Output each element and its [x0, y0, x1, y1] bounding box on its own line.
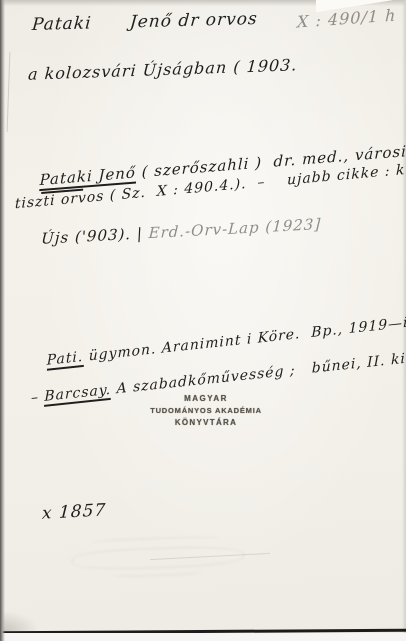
bottom-left-corner-shadow [0, 610, 40, 632]
scanned-catalog-card: Pataki Jenő dr orvos X : 490/1 h a koloz… [0, 0, 406, 641]
birth-year-mark: x 1857 [42, 500, 107, 523]
scan-background-below-card [0, 633, 406, 641]
entry-line3-ink: Újs ('903). | [41, 224, 144, 247]
emboss-line-2 [112, 568, 202, 577]
emboss-line-1 [90, 536, 220, 548]
stamp-line2: TUDOMÁNYOS AKADÉMIA [138, 405, 274, 417]
stamp-line3: KÖNYVTÁRA [138, 417, 274, 429]
note-dash: – [31, 389, 44, 406]
entry-line3-pencil: Erd.-Orv-Lap (1923] [142, 215, 321, 242]
scan-edge-left [0, 0, 5, 641]
note-lead-underlined: Pati. [47, 349, 84, 371]
faint-verso-impression [72, 536, 262, 578]
note-name-underlined: Barcsay. [44, 382, 111, 407]
stamp-line1: MAGYAR [138, 393, 274, 405]
library-stamp: MAGYAR TUDOMÁNYOS AKADÉMIA KÖNYVTÁRA [138, 393, 274, 429]
